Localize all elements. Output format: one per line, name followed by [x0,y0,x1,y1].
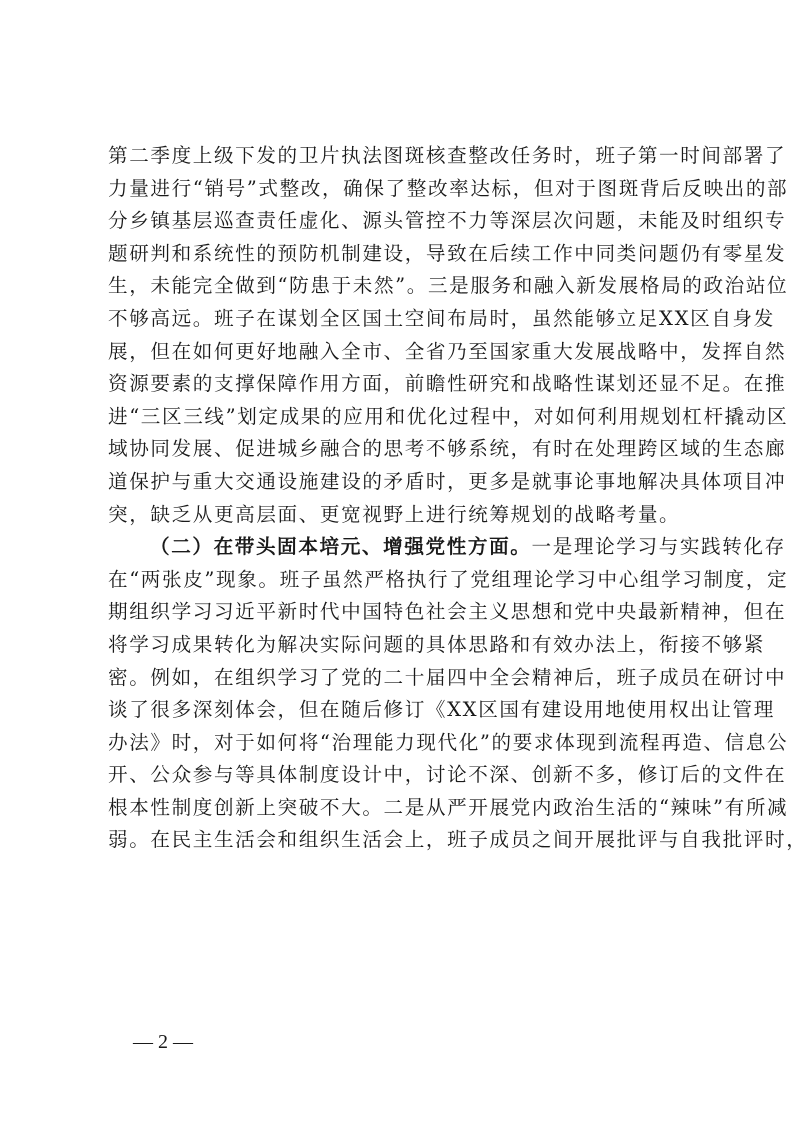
text-run: 一是理论学习与实践转化存 [532,535,786,558]
text-line: 题研判和系统性的预防机制建设，导致在后续工作中同类问题仍有零星发 [108,238,692,271]
text-line: 弱。在民主生活会和组织生活会上，班子成员之间开展批评与自我批评时， [108,824,692,857]
section-heading: （二）在带头固本培元、增强党性方面。 [150,535,532,558]
text-line: 力量进行“销号”式整改，确保了整改率达标，但对于图斑背后反映出的部 [108,173,692,206]
text-line: 第二季度上级下发的卫片执法图斑核查整改任务时，班子第一时间部署了 [108,140,692,173]
text-line: 办法》时，对于如何将“治理能力现代化”的要求体现到流程再造、信息公 [108,727,692,760]
text-line: 分乡镇基层巡查责任虚化、源头管控不力等深层次问题，未能及时组织专 [108,205,692,238]
text-line: 根本性制度创新上突破不大。二是从严开展党内政治生活的“辣味”有所减 [108,792,692,825]
text-line: 谈了很多深刻体会，但在随后修订《XX区国有建设用地使用权出让管理 [108,694,692,727]
text-line: 在“两张皮”现象。班子虽然严格执行了党组理论学习中心组学习制度，定 [108,564,692,597]
text-line: 域协同发展、促进城乡融合的思考不够系统，有时在处理跨区域的生态廊 [108,433,692,466]
text-line: 期组织学习习近平新时代中国特色社会主义思想和党中央最新精神，但在 [108,596,692,629]
text-line: 开、公众参与等具体制度设计中，讨论不深、创新不多，修订后的文件在 [108,759,692,792]
text-line: 不够高远。班子在谋划全区国土空间布局时，虽然能够立足XX区自身发 [108,303,692,336]
text-line: 密。例如，在组织学习了党的二十届四中全会精神后，班子成员在研讨中 [108,662,692,695]
text-line: 道保护与重大交通设施建设的矛盾时，更多是就事论事地解决具体项目冲 [108,466,692,499]
body-text: 第二季度上级下发的卫片执法图斑核查整改任务时，班子第一时间部署了 力量进行“销号… [108,140,692,857]
section-heading-line: （二）在带头固本培元、增强党性方面。一是理论学习与实践转化存 [108,531,692,564]
text-line: 生，未能完全做到“防患于未然”。三是服务和融入新发展格局的政治站位 [108,270,692,303]
text-line: 资源要素的支撑保障作用方面，前瞻性研究和战略性谋划还显不足。在推 [108,368,692,401]
text-line: 进“三区三线”划定成果的应用和优化过程中，对如何利用规划杠杆撬动区 [108,401,692,434]
page-number: — 2 — [133,1031,193,1054]
document-page: 第二季度上级下发的卫片执法图斑核查整改任务时，班子第一时间部署了 力量进行“销号… [0,0,793,1122]
text-line: 展，但在如何更好地融入全市、全省乃至国家重大发展战略中，发挥自然 [108,336,692,369]
text-line: 突，缺乏从更高层面、更宽视野上进行统筹规划的战略考量。 [108,499,692,532]
text-line: 将学习成果转化为解决实际问题的具体思路和有效办法上，衔接不够紧 [108,629,692,662]
